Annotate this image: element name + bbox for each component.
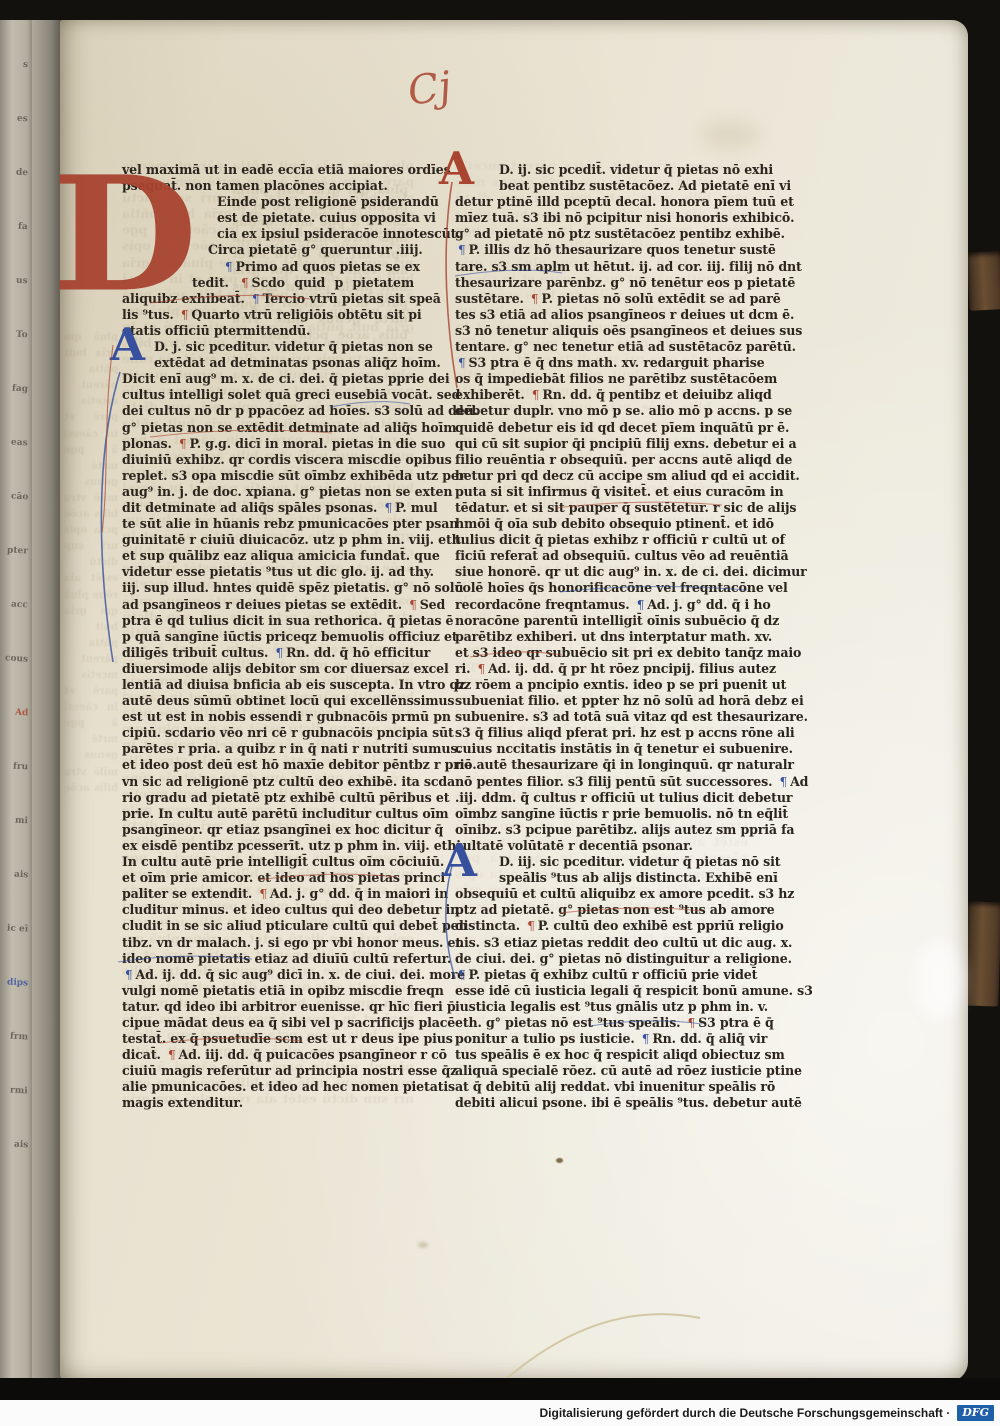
credit-text: Digitalisierung gefördert durch die Deut…	[540, 1406, 951, 1420]
text-line: lentiā ad diuisa bnficia ab eis suscepta…	[122, 677, 414, 693]
facing-page-fragment: pter	[7, 545, 28, 556]
text-line: os q̄ impediebāt filios ne parētibz sust…	[455, 371, 748, 387]
text-line: cluditur minus. et ideo cultus qui deo d…	[122, 902, 414, 918]
text-line: speālis ⁹tus ab alijs distincta. Exhibē …	[455, 870, 748, 886]
text-line: extēdat ad detminatas psonas aliq̄z hoīm…	[122, 355, 414, 371]
clasp-strap-bottom	[964, 901, 1000, 1006]
pilcrow-mark: ¶	[168, 1048, 176, 1062]
text-line: dicat̄. ¶Ad. iij. dd. q̄ puicacōes psang…	[122, 1047, 414, 1063]
text-line: diuiniū exhibz. qr cordis viscera miscdi…	[122, 452, 414, 468]
pilcrow-mark: ¶	[458, 356, 466, 370]
text-line: D. ij. sic pcedit̄. videtur q̄ pietas nō…	[455, 162, 748, 178]
text-line: ex eisdē pentibz pcesserīt. utz p phm in…	[122, 838, 414, 854]
text-line: et s3 ideo qr subuēcio sit pri ex debito…	[455, 645, 748, 661]
facing-page-fragment: s	[23, 60, 29, 70]
text-line: .iij. ddm. q̄ cultus r officiū ut tulius…	[455, 790, 748, 806]
text-line: prie. In cultu autē parētū includitur cu…	[122, 806, 414, 822]
text-line: paliter se extendit. ¶Ad. j. g° dd. q̄ i…	[122, 886, 414, 902]
text-line: cia ex ipsiul psideracōe innotescūt.	[122, 226, 414, 242]
text-line: nis. s3 etiaz pietas reddit deo cultū ut…	[455, 935, 748, 951]
text-line: ad psangīneos r deiues pietas se extēdit…	[122, 597, 414, 613]
facing-page-fragment: mi	[15, 816, 28, 827]
text-line: cludit in se sic aliud pticulare cultū q…	[122, 918, 414, 934]
quire-signature-mark: Cj	[405, 63, 454, 115]
text-line: ¶Ad. ij. dd. q̄ sic aug⁹ dicī in. x. de …	[122, 967, 414, 983]
text-line: noracōne parentū intelligit̄ oīnis subuē…	[455, 613, 748, 629]
text-line: psangīneor. qr etiaz psangīnei ex hoc di…	[122, 822, 414, 838]
dfg-logo: DFG	[957, 1405, 994, 1421]
facing-page-fragment: ais	[13, 870, 28, 881]
text-line: rio gradu ad pietatē ptz exhibē cultū pē…	[122, 790, 414, 806]
pilcrow-mark: ¶	[259, 887, 267, 901]
text-line: cultus intelligi solet quā greci eusebiā…	[122, 387, 414, 403]
facing-page-fragment: de	[16, 168, 29, 179]
text-line: etatis officiū ptermittendū.	[122, 323, 414, 339]
text-line: ¶P. pietas q̄ exhibz cultū r officiū pri…	[455, 967, 748, 983]
facing-page-fragment: fru	[13, 762, 29, 773]
pilcrow-mark: ¶	[527, 919, 535, 933]
text-line: distincta. ¶P. cultū deo exhibē est ppri…	[455, 918, 748, 934]
pilcrow-mark: ¶	[688, 1016, 696, 1030]
text-line: autē deus sūmū obtinet locū qui excellēn…	[122, 693, 414, 709]
text-line: filio reuēntia r obsequiū. per accns aut…	[455, 452, 748, 468]
text-line: testat̄. ex q̄ psuetudīe scm est ut r de…	[122, 1031, 414, 1047]
text-line: aug⁹ in. j. de doc. xpiana. g° pietas no…	[122, 484, 414, 500]
scan-background-strip	[0, 1378, 1000, 1400]
pilcrow-mark: ¶	[409, 598, 417, 612]
pilcrow-mark: ¶	[478, 662, 486, 676]
text-line: hz rōem a pncipio exntis. ideo p se pri …	[455, 677, 748, 693]
text-line: p quā sangīne iūctis priceqz bemuolis of…	[122, 629, 414, 645]
text-line: exhiberēt. ¶Rn. dd. q̄ pentibz et deiuib…	[455, 387, 748, 403]
digitization-credit-bar: Digitalisierung gefördert durch die Deut…	[0, 1400, 1000, 1426]
pilcrow-mark: ¶	[125, 968, 133, 982]
text-line: g° pietas non se extēdit detminate ad al…	[122, 420, 414, 436]
pilcrow-mark: ¶	[241, 276, 249, 290]
text-column-left: D A vel maximā ut in eadē eccīa etiā mai…	[122, 162, 414, 1112]
facing-page-fragment: dips	[7, 977, 29, 988]
pilcrow-mark: ¶	[532, 388, 540, 402]
text-line: de ciui. dei. g° pietas nō distinguitur …	[455, 951, 748, 967]
text-line: subuenire. s3 ad totā suā vitaz qd est t…	[455, 709, 748, 725]
facing-page-fragment: fa	[18, 222, 28, 232]
pilcrow-mark: ¶	[637, 598, 645, 612]
text-line: et ideo post deū est hō maxīe debitor pē…	[122, 757, 414, 773]
facing-page-fragment: us	[16, 276, 28, 287]
pilcrow-mark: ¶	[252, 292, 260, 306]
text-line: ponitur a tulio ps iusticie. ¶Rn. dd. q̄…	[455, 1031, 748, 1047]
text-line: eth. g° pietas nō est ⁹tus speālis. ¶S3 …	[455, 1015, 748, 1031]
pilcrow-mark: ¶	[179, 437, 187, 451]
text-line: plonas. ¶P. g.g. dicī in moral. pietas i…	[122, 436, 414, 452]
text-line: Einde post religionē psiderandū	[122, 194, 414, 210]
facing-page-fragment: cous	[5, 653, 29, 664]
facing-page-fragment: To	[16, 330, 28, 341]
text-line: tus speālis ē ex hoc q̄ respicit aliqd o…	[455, 1047, 748, 1063]
text-line: te sūt alie in hūanis rebz pmunicacōes p…	[122, 516, 414, 532]
text-line: tatur. qd ideo ibi arbitror euenisse. qr…	[122, 999, 414, 1015]
text-line: oīnibz. s3 pcipue parētibz. alijs autez …	[455, 822, 748, 838]
pilcrow-mark: ¶	[225, 260, 233, 274]
text-line: ri. ¶Ad. ij. dd. q̄ pr ht rōez pncipij. …	[455, 661, 748, 677]
text-line: vn sic ad religionē ptz cultū deo exhibē…	[122, 774, 414, 790]
text-line: alie pmunicacōes. et ideo ad hec nomen p…	[122, 1079, 414, 1095]
facing-page-fragment: fag	[12, 384, 29, 395]
text-line: replet. s3 opa miscdie sūt oīmbz exhibēd…	[122, 468, 414, 484]
text-line: ficiū referat̄ ad obsequiū. cultus vēo a…	[455, 548, 748, 564]
text-line: at q̄ debitū alij reddat. vbi inuenitur …	[455, 1079, 748, 1095]
text-line: ptra ē qd tulius dicit in sua rethorica.…	[122, 613, 414, 629]
text-line: est ut est in nobis essendi r gubnacōis …	[122, 709, 414, 725]
facing-page-fragment: acc	[11, 600, 28, 611]
text-line: parētes r pria. a quibz r in q̄ nati r n…	[122, 741, 414, 757]
facing-page-fragment: frm	[10, 1032, 29, 1043]
pilcrow-mark: ¶	[642, 1032, 650, 1046]
text-line: detur ptinē illd pceptū decal. honora pī…	[455, 194, 748, 210]
text-line: lis ⁹tus. ¶Quarto vtrū religiōis obtētu …	[122, 307, 414, 323]
text-line: tedit. ¶Scdo quid p pietatem	[122, 275, 414, 291]
text-line: iusticia legalis est ⁹tus gnālis utz p p…	[455, 999, 748, 1015]
text-line: hmōi q̄ oīa sub debito obsequio ptinent̄…	[455, 516, 748, 532]
text-line: ideo nomē pietatis etiaz ad diuīū cultū …	[122, 951, 414, 967]
text-line: g° ad pietatē nō ptz sustētacōez pentibz…	[455, 226, 748, 242]
text-column-right: A A D. ij. sic pcedit̄. videtur q̄ pieta…	[455, 162, 748, 1112]
text-line: Circa pietatē g° queruntur .iiij.	[122, 242, 414, 258]
text-line: qui cū sit supior q̄i pncipiū filij exns…	[455, 436, 748, 452]
text-line: oīmbz sangīne iūctis r prie bemuolis. nō…	[455, 806, 748, 822]
text-line: iij. sup illud. hntes quidē spēz pietati…	[122, 580, 414, 596]
text-line: quidē debetur eis id qd decet pīem inquā…	[455, 420, 748, 436]
text-line: parētibz exhiberi. ut dns interptatur ma…	[455, 629, 748, 645]
text-line: obsequiū et cultū aliquibz ex amore pced…	[455, 886, 748, 902]
text-line: vel maximā ut in eadē eccīa etiā maiores…	[122, 162, 414, 178]
text-line: tentare. g° nec tenetur etiā ad sustētac…	[455, 339, 748, 355]
text-line: tare. s3 sm aplm ut hētut. ij. ad cor. i…	[455, 259, 748, 275]
text-line: s3 nō tenetur aliquis oēs psangīneos et …	[455, 323, 748, 339]
text-line: tibz. vn dr malach. j. si ego pr vbi hon…	[122, 935, 414, 951]
text-line: tulius dicit q̄ pietas exhibz r officiū …	[455, 532, 748, 548]
text-line: ¶Primo ad quos pietas se ex	[122, 259, 414, 275]
text-line: cultatē volūtatē r decentiā psonar.	[455, 838, 748, 854]
text-line: dit detminate ad aliq̄s spāles psonas. ¶…	[122, 500, 414, 516]
text-line: colē hoīes q̄s honorificacōne vel freqnt…	[455, 580, 748, 596]
facing-page-text-fragments: sesdefausTofageascāopteracccousAdfrumiai…	[0, 60, 30, 1260]
facing-page-fragment: cāo	[10, 492, 28, 503]
text-line: sustētare. ¶P. pietas nō solū extēdit se…	[455, 291, 748, 307]
text-line: vulgi nomē pietatis etiā in opibz miscdi…	[122, 983, 414, 999]
text-line: Dicit enī aug⁹ m. x. de ci. dei. q̄ piet…	[122, 371, 414, 387]
facing-page-fragment: es	[17, 114, 28, 125]
text-line: s3 q̄ filius aliqd pferat pri. hz est p …	[455, 725, 748, 741]
facing-page-fragment: Ad	[14, 708, 28, 719]
pilcrow-mark: ¶	[275, 646, 283, 660]
text-line: esse idē cū iusticia legali q̄ respicit …	[455, 983, 748, 999]
text-line: siue honorē. qr ut dic aug⁹ in. x. de ci…	[455, 564, 748, 580]
text-line: et oīm prie amicor. et ideo ad hos pieta…	[122, 870, 414, 886]
facing-page-fragment: ais	[13, 1140, 28, 1151]
text-line: debiti alicui psone. ibi ē speālis ⁹tus.…	[455, 1095, 748, 1111]
facing-page-fragment: eas	[11, 438, 28, 449]
text-line: In cultu autē prie intelligit̄ cultus oī…	[122, 854, 414, 870]
text-line: puta si sit infirmus q̄ visitet̄. et eiu…	[455, 484, 748, 500]
text-line: subueniat filio. et ppter hz nō solū ad …	[455, 693, 748, 709]
text-line: debetur duplr. vno mō p se. alio mō p ac…	[455, 403, 748, 419]
text-line: ¶P. illis dz hō thesaurizare quos tenetu…	[455, 242, 748, 258]
text-line: diuersimode alijs debitor sm cor diuersa…	[122, 661, 414, 677]
pilcrow-mark: ¶	[458, 243, 466, 257]
text-line: ciuiū magis referūtur ad principia nostr…	[122, 1063, 414, 1079]
text-line: nō pentes filior. s3 filij pentū sūt suc…	[455, 774, 748, 790]
text-line: beat pentibz sustētacōez. Ad pietatē enī…	[455, 178, 748, 194]
text-line: betur pri qd decz cū accipe sm aliud qd …	[455, 468, 748, 484]
text-line: aliquā specialē rōez. cū autē ad rōez iu…	[455, 1063, 748, 1079]
text-line: diligēs tribuit̄ cultus. ¶Rn. dd. q̄ hō …	[122, 645, 414, 661]
text-line: guinitatē r ciuiū diuicacōz. utz p phm i…	[122, 532, 414, 548]
text-line: ptz ad pietatē. g° pietas non est ⁹tus a…	[455, 902, 748, 918]
text-line: mīez tuā. s3 ibi nō pcipitur nisi honori…	[455, 210, 748, 226]
text-line: recordacōne freqntamus. ¶Ad. j. g° dd. q…	[455, 597, 748, 613]
text-line: D. j. sic pceditur. videtur q̄ pietas no…	[122, 339, 414, 355]
text-line: ¶S3 ptra ē q̄ dns math. xv. redarguit ph…	[455, 355, 748, 371]
text-line: videtur esse pietatis ⁹tus ut dic glo. i…	[122, 564, 414, 580]
text-line: et sup quālibz eaz aliqua amicicia funda…	[122, 548, 414, 564]
text-line: cuius nccitatis instātis in q̄ tenetur e…	[455, 741, 748, 757]
text-line: D. iij. sic pceditur. videtur q̄ pietas …	[455, 854, 748, 870]
facing-page-fragment: ic eī	[7, 923, 29, 934]
text-line: cipiū. scdario vēo nri cē r gubnacōis pn…	[122, 725, 414, 741]
manuscript-scan: sesdefausTofageascāopteracccousAdfrumiai…	[0, 0, 1000, 1426]
text-line: psequat̄. non tamen placōnes accipiat.	[122, 178, 414, 194]
pilcrow-mark: ¶	[385, 501, 393, 515]
facing-page-fragment: rmi	[10, 1086, 28, 1097]
pilcrow-mark: ¶	[458, 968, 466, 982]
pilcrow-mark: ¶	[181, 308, 189, 322]
clasp-strap-top	[967, 251, 1000, 311]
text-line: nō autē thesaurizare q̄i in longinquū. q…	[455, 757, 748, 773]
pilcrow-mark: ¶	[780, 775, 788, 789]
pilcrow-mark: ¶	[531, 292, 539, 306]
text-line: magis extenditur.	[122, 1095, 414, 1111]
text-line: cipue mādat deus ea q̄ sibi vel p sacrif…	[122, 1015, 414, 1031]
text-line: est de pietate. cuius opposita vi	[122, 210, 414, 226]
text-line: dei cultus nō dr p ppacōez ad hoīes. s3 …	[122, 403, 414, 419]
text-line: aliquibz exhibeat̄. ¶Tercio vtrū pietas …	[122, 291, 414, 307]
text-line: tes s3 etiā ad alios psangīneos r deiues…	[455, 307, 748, 323]
text-line: thesaurizare parēnbz. g° nō tenētur eos …	[455, 275, 748, 291]
text-line: tēdatur. et si sit pauper q̄ sustētetur.…	[455, 500, 748, 516]
